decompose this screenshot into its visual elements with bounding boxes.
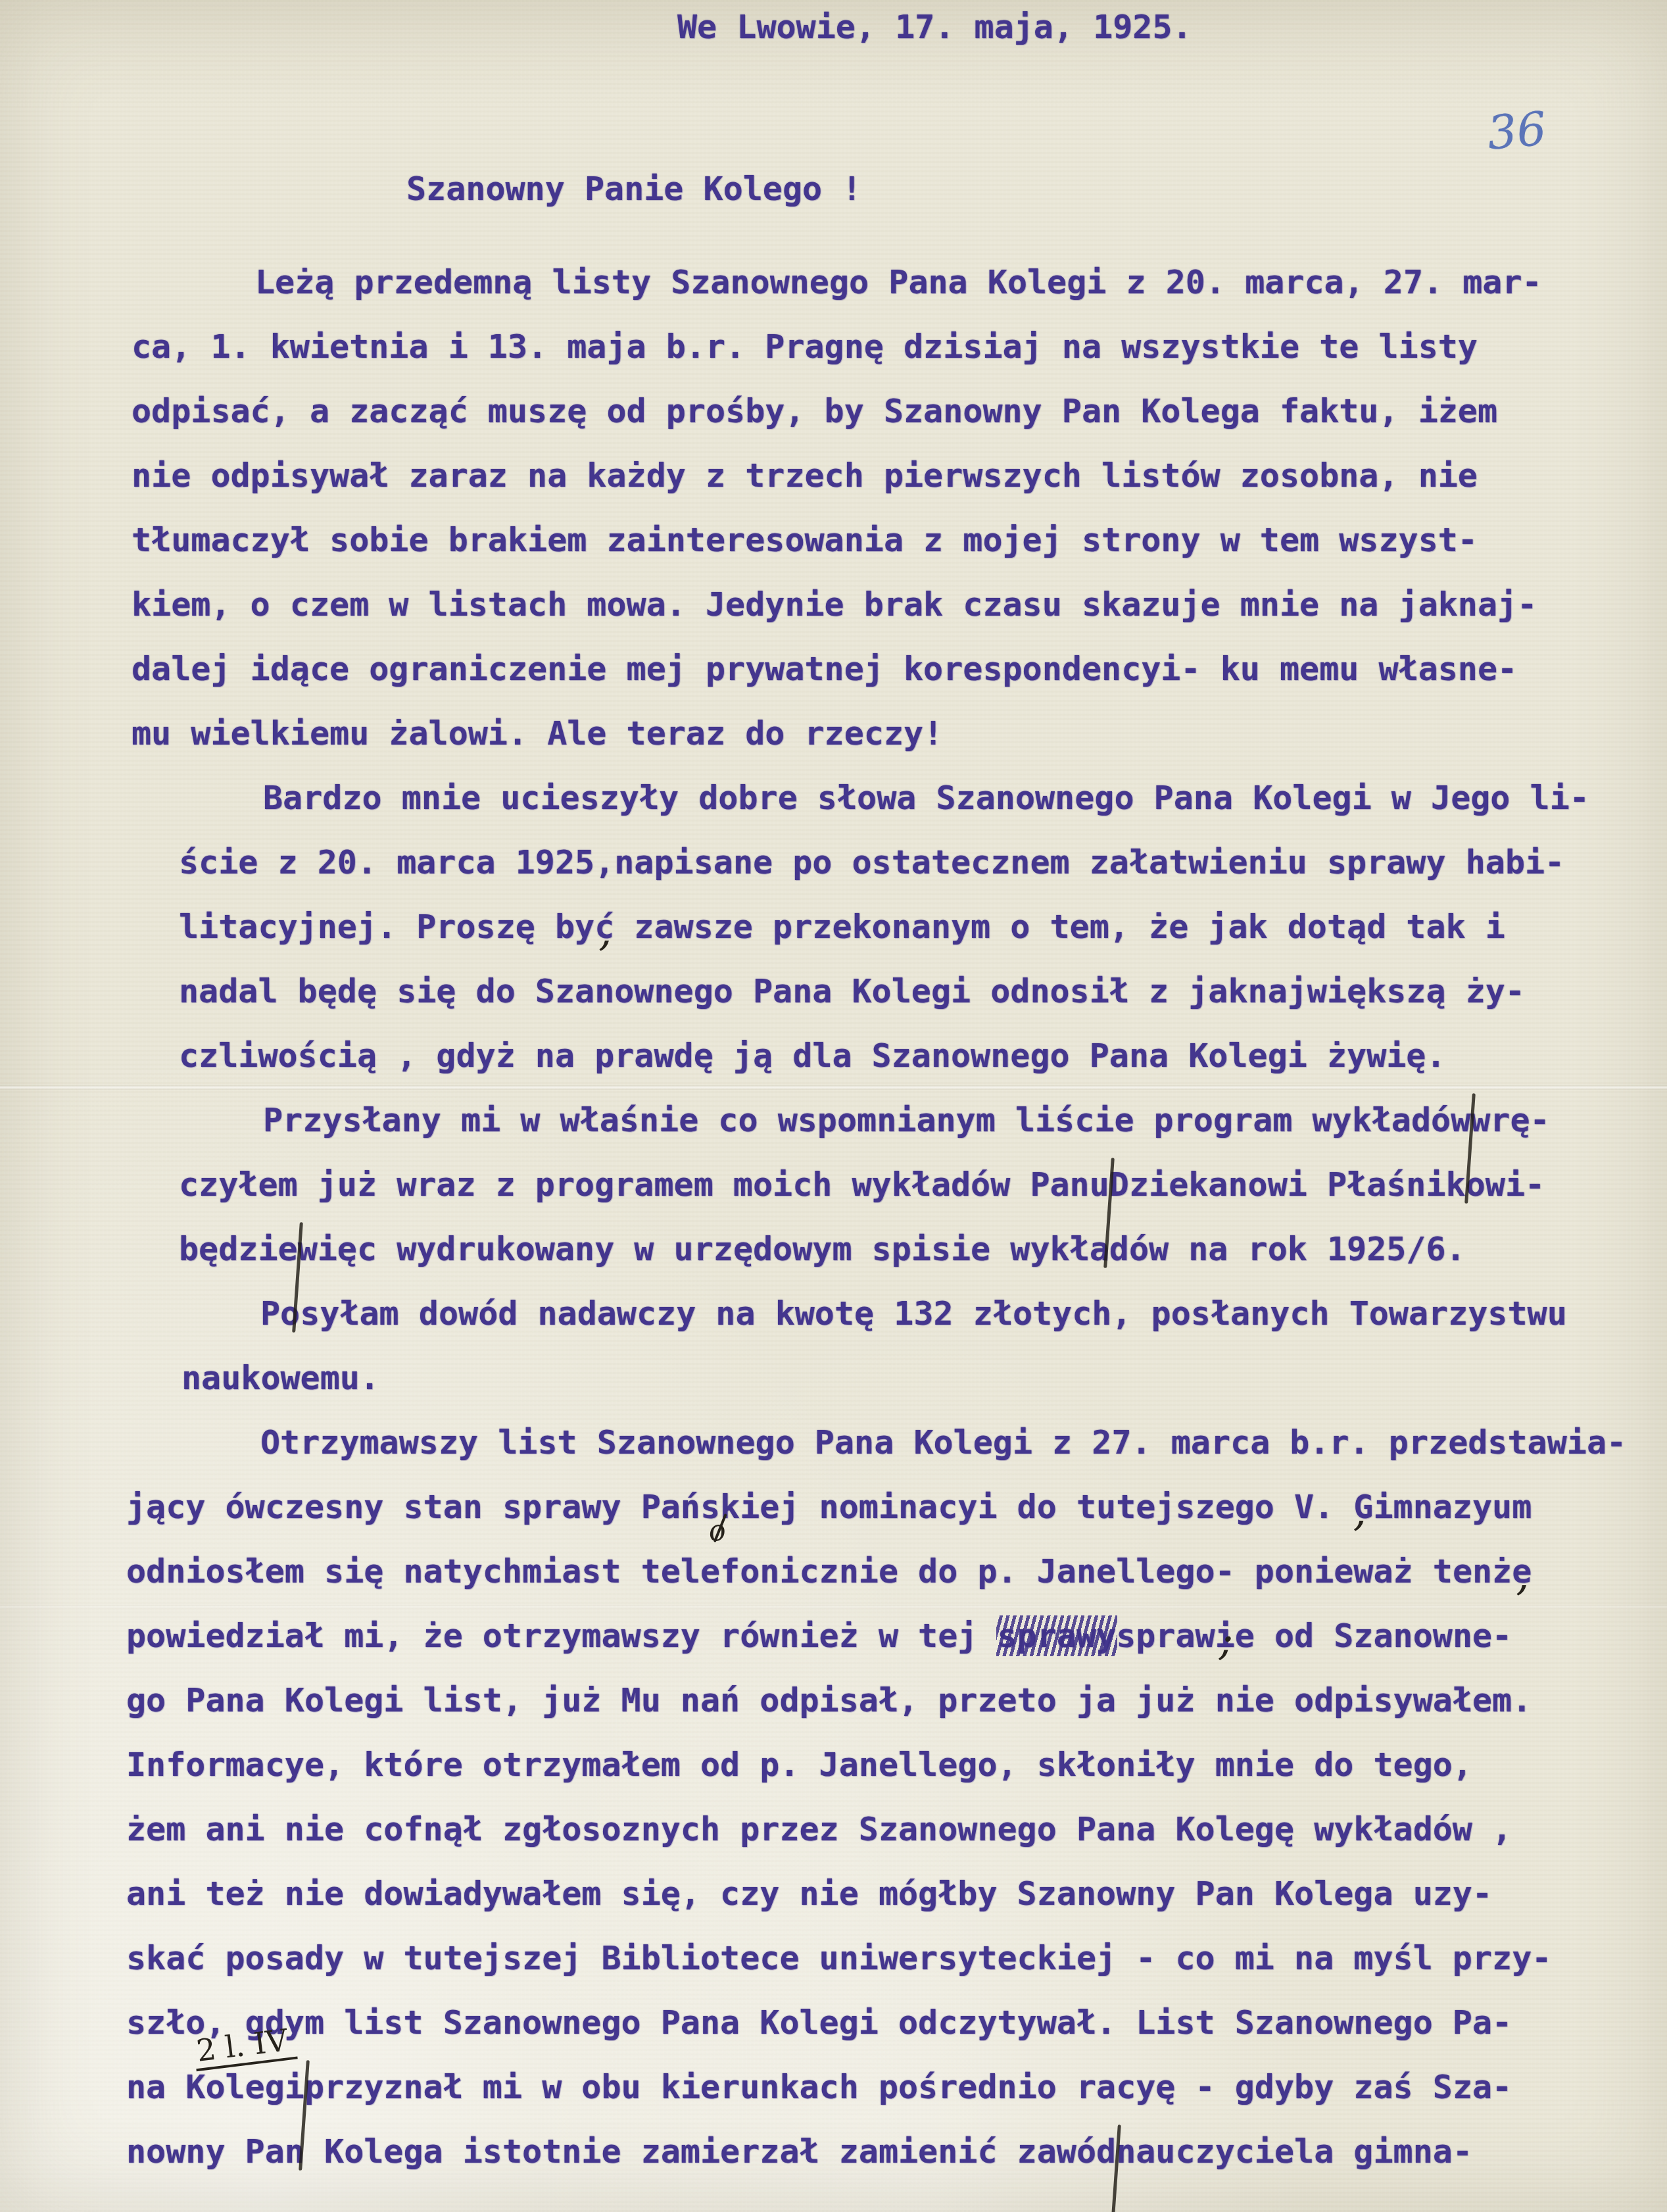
letter-line: nowny Pan Kolega istotnie zamierzał zami… xyxy=(126,2119,1667,2184)
letter-page: We Lwowie, 17. maja, 1925. 36 Szanowny P… xyxy=(0,0,1667,2212)
letter-line: żem ani nie cofnął zgłosoznych przez Sza… xyxy=(126,1797,1667,1861)
typed-text: Informacye, które otrzymałem od p. Janel… xyxy=(126,1746,1472,1784)
letter-line: go Pana Kolegi list, już Mu nań odpisał,… xyxy=(126,1668,1667,1733)
letter-line: odniosłem się natychmiast teleofonicznie… xyxy=(126,1539,1667,1604)
letter-line: mu wielkiemu żalowi. Ale teraz do rzeczy… xyxy=(132,701,1667,766)
letter-body: Leżą przedemną listy Szanownego Pana Kol… xyxy=(0,250,1667,2184)
letter-line: czliwością , gdyż na prawdę ją dla Szano… xyxy=(179,1023,1667,1088)
typed-strikethrough-text: sprawy xyxy=(998,1604,1117,1668)
letter-line: Informacye, które otrzymałem od p. Janel… xyxy=(126,1733,1667,1797)
paragraph: Leżą przedemną listy Szanownego Pana Kol… xyxy=(132,250,1667,766)
letter-line: jący ówczesny stan sprawy Pańskiej nomin… xyxy=(126,1475,1667,1539)
typed-text: odniosłem się natychmiast tele xyxy=(126,1552,720,1590)
typed-text: go Pana Kolegi list, już Mu nań odpisał,… xyxy=(126,1681,1532,1719)
salutation: Szanowny Panie Kolego ! xyxy=(406,170,861,208)
letter-line: naukowemu. xyxy=(181,1346,1667,1410)
typed-text: fonicznie do p. Janellego- xyxy=(720,1552,1235,1590)
typed-text: tłumaczył sobie brakiem zainteresowania … xyxy=(132,521,1478,559)
typed-text: litacyjnej. Proszę być zawsze przekonany… xyxy=(179,908,1505,946)
typed-text: sprawie od Szanowne- xyxy=(1116,1617,1512,1655)
letter-line: nadal będę się do Szanownego Pana Kolegi… xyxy=(179,959,1667,1023)
letter-line: tłumaczył sobie brakiem zainteresowania … xyxy=(132,508,1667,572)
date-line: We Lwowie, 17. maja, 1925. xyxy=(677,8,1192,46)
typed-text: ani też nie dowiadywałem się, czy nie mó… xyxy=(126,1875,1492,1913)
letter-line: szło, gdym list Szanownego Pana Kolegi o… xyxy=(126,1990,1667,2055)
typed-text: nauczyciela gimna- xyxy=(1116,2132,1472,2171)
typed-text: napisane po ostatecznem załatwieniu spra… xyxy=(614,843,1564,881)
typed-text: ponieważ tenże xyxy=(1235,1552,1532,1590)
typed-text: przyznał mi w obu kierunkach pośrednio r… xyxy=(304,2068,1512,2106)
handwritten-annotation: o xyxy=(706,1515,728,1547)
typed-text: nie odpisywał zaraz na każdy z trzech pi… xyxy=(132,456,1478,495)
paragraph: Bardzo mnie ucieszyły dobre słowa Szanow… xyxy=(179,766,1667,1088)
typed-text: Bardzo mnie ucieszyły dobre słowa Szanow… xyxy=(263,779,1589,817)
paragraph: Posyłam dowód nadawczy na kwotę 132 złot… xyxy=(181,1281,1667,1410)
typed-text: czliwością , gdyż na prawdę ją dla Szano… xyxy=(179,1037,1446,1075)
handwritten-annotation: 2 l. IV xyxy=(192,2024,298,2072)
letter-line: czyłem już wraz z programem moich wykład… xyxy=(179,1152,1667,1217)
handwritten-annotation: , xyxy=(1516,1555,1529,1597)
paragraph: Otrzymawszy list Szanownego Pana Kolegi … xyxy=(126,1410,1667,2184)
letter-line: będziewięc wydrukowany w urzędowym spisi… xyxy=(179,1217,1667,1281)
typed-text: wrę- xyxy=(1470,1101,1549,1139)
letter-line: ca, 1. kwietnia i 13. maja b.r. Pragnę d… xyxy=(132,314,1667,379)
typed-text: żem ani nie cofnął zgłosoznych przez Sza… xyxy=(126,1810,1512,1848)
handwritten-annotation: ; xyxy=(1219,1619,1234,1661)
typed-text: ście z 20. marca 1925, xyxy=(179,843,614,881)
letter-line: kiem, o czem w listach mowa. Jedynie bra… xyxy=(132,572,1667,637)
typed-text: mu wielkiemu żalowi. Ale teraz do rzeczy… xyxy=(132,714,943,752)
paragraph: Przysłany mi w właśnie co wspomnianym li… xyxy=(179,1088,1667,1281)
letter-line: Leżą przedemną listy Szanownego Pana Kol… xyxy=(132,250,1667,314)
letter-line: Bardzo mnie ucieszyły dobre słowa Szanow… xyxy=(179,766,1667,830)
letter-line: dalej idące ograniczenie mej prywatnej k… xyxy=(132,637,1667,701)
page-number-handwritten: 36 xyxy=(1486,101,1549,160)
letter-line: Otrzymawszy list Szanownego Pana Kolegi … xyxy=(126,1410,1667,1475)
typed-text: Leżą przedemną listy Szanownego Pana Kol… xyxy=(255,263,1542,301)
letter-line: odpisać, a zacząć muszę od prośby, by Sz… xyxy=(132,379,1667,443)
typed-text: czyłem już wraz z programem moich wykład… xyxy=(179,1166,1109,1204)
typed-text: Posyłam dowód nadawczy na kwotę 132 złot… xyxy=(260,1294,1567,1333)
typed-text: Otrzymawszy list Szanownego Pana Kolegi … xyxy=(260,1423,1369,1462)
letter-line: litacyjnej. Proszę być zawsze przekonany… xyxy=(179,895,1667,959)
typed-text: jący ówczesny stan sprawy Pańskiej nomin… xyxy=(126,1488,1532,1526)
typed-text: nadal będę się do Szanownego Pana Kolegi… xyxy=(179,972,1525,1010)
letter-line: nie odpisywał zaraz na każdy z trzech pi… xyxy=(132,443,1667,508)
letter-line: ani też nie dowiadywałem się, czy nie mó… xyxy=(126,1861,1667,1926)
handwritten-annotation: , xyxy=(1353,1490,1366,1533)
letter-line: Przysłany mi w właśnie co wspomnianym li… xyxy=(179,1088,1667,1152)
typed-text: naukowemu. xyxy=(181,1359,379,1397)
typed-text: powiedział mi, że otrzymawszy również w … xyxy=(126,1617,998,1655)
typed-text: na Kolegi xyxy=(126,2068,304,2106)
letter-line: Posyłam dowód nadawczy na kwotę 132 złot… xyxy=(181,1281,1667,1346)
typed-text: więc wydrukowany w urzędowym spisie wykł… xyxy=(298,1230,1466,1268)
typed-text: ca, 1. kwietnia i 13. maja b.r. Pragnę d… xyxy=(132,328,1478,366)
typed-text: dalej idące ograniczenie mej prywatnej k… xyxy=(132,650,1517,688)
letter-line: powiedział mi, że otrzymawszy również w … xyxy=(126,1604,1667,1668)
typed-text: przedstawia- xyxy=(1369,1423,1626,1462)
letter-line: na Kolegi2 l. IVprzyznał mi w obu kierun… xyxy=(126,2055,1667,2119)
typed-text: będzie xyxy=(179,1230,298,1268)
typed-text: skać posady w tutejszej Bibliotece uniwe… xyxy=(126,1939,1551,1977)
letter-line: skać posady w tutejszej Bibliotece uniwe… xyxy=(126,1926,1667,1990)
typed-text: odpisać, a zacząć muszę od prośby, by Sz… xyxy=(132,392,1497,430)
typed-text: kiem, o czem w listach mowa. Jedynie bra… xyxy=(132,585,1537,624)
typed-text: szło, gdym list Szanownego Pana Kolegi o… xyxy=(126,2003,1512,2042)
letter-line: ście z 20. marca 1925,,napisane po ostat… xyxy=(179,830,1667,895)
handwritten-annotation: , xyxy=(598,910,612,952)
typed-text: Przysłany mi w właśnie co wspomnianym li… xyxy=(263,1101,1470,1139)
typed-text: nowny Pan Kolega istotnie zamierzał zami… xyxy=(126,2132,1116,2171)
typed-text: Dziekanowi Płaśnikowi- xyxy=(1109,1166,1545,1204)
